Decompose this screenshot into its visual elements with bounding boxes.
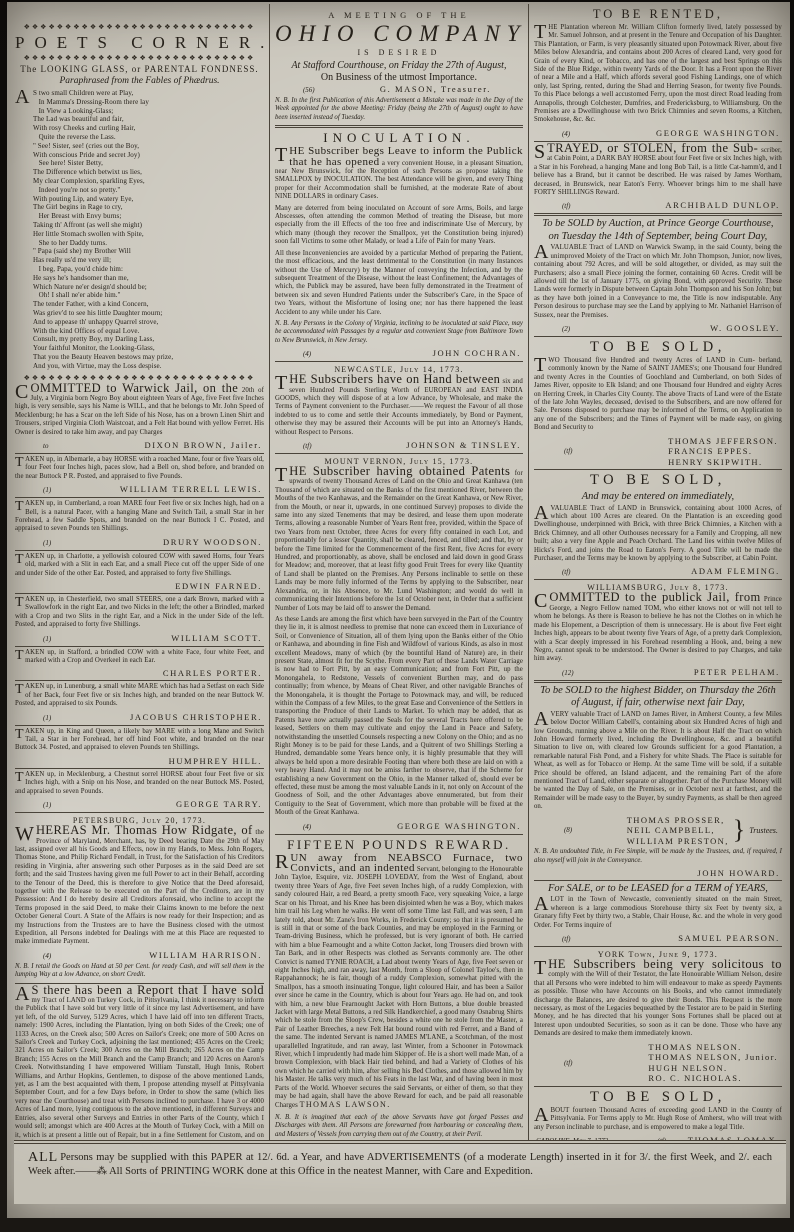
- insertion-tag: (tf): [536, 201, 571, 211]
- insertion-tag: (4): [17, 951, 51, 961]
- signature-row: (4)GEORGE WASHINGTON.: [536, 128, 780, 139]
- dropcap: T: [275, 375, 289, 391]
- ad-text: AKEN up, in Lunenburg, a small white MAR…: [15, 683, 264, 707]
- signature-name: THOMAS LAWSON.: [300, 1100, 391, 1109]
- signature-row: (tf)THOMAS JEFFERSON. FRANCIS EPPES. HEN…: [538, 436, 778, 468]
- ad-fifteen-pounds-reward: FIFTEEN POUNDS REWARD. RUN away from NEA…: [275, 837, 523, 1152]
- signature-row: CHARLES PORTER.: [17, 668, 262, 678]
- dropcap: T: [15, 728, 25, 740]
- signature-name: WILLIAM SCOTT.: [171, 633, 262, 643]
- insertion-tag: (4): [536, 129, 570, 139]
- ad-paragraph: As these Lands are among the first which…: [275, 616, 523, 818]
- dropcap: A: [534, 505, 551, 521]
- signature-row: (tf)THOMAS NELSON. THOMAS NELSON, Junior…: [538, 1042, 778, 1084]
- insertion-tag: (8): [538, 826, 572, 834]
- poem: AS two small Children were at Play, In M…: [15, 89, 264, 371]
- ad-lead: HEREAS Mr. Thomas How Ridgate, of: [36, 823, 253, 837]
- ad-body: AVERY valuable Tract of LAND on James Ri…: [534, 711, 782, 812]
- signature-name: WILLIAM HARRISON.: [149, 950, 262, 960]
- ad-heading: FIFTEEN POUNDS REWARD.: [275, 837, 523, 853]
- signature-name: JOHNSON & TINSLEY.: [406, 440, 521, 450]
- ad-lead: WO Thousand five Hundred and twenty Acre…: [548, 357, 755, 364]
- signature-row: (56)G. MASON, Treasurer.: [277, 84, 521, 95]
- imprint-footer: ALL Persons may be supplied with this PA…: [14, 1140, 786, 1204]
- signature-name: DRURY WOODSON.: [163, 537, 262, 547]
- dropcap: R: [275, 854, 290, 870]
- ad-body: THE Subscriber begs Leave to inform the …: [275, 147, 523, 201]
- dropcap: W: [15, 826, 36, 842]
- ad-body: TWO Thousand five Hundred and twenty Acr…: [534, 357, 782, 433]
- ad-heading: TO BE RENTED,: [534, 6, 782, 23]
- ad-text: AKEN up, in Albemarle, a bay HORSE with …: [15, 456, 264, 480]
- meeting-title: OHIO COMPANY: [275, 21, 523, 47]
- section-divider: [534, 579, 782, 580]
- ad-lead: VALUABLE Tract of LAND in Brunswick, con…: [550, 505, 733, 512]
- ad-body: AS there has been a Report that I have s…: [15, 986, 264, 1154]
- signature-name: JOHN COCHRAN.: [433, 348, 521, 358]
- ad-body: AVALUABLE Tract of LAND in Brunswick, co…: [534, 505, 782, 564]
- ad-body: THE Subscribers being very solicitous to…: [534, 960, 782, 1039]
- signature-name: WILLIAM TERRELL LEWIS.: [120, 484, 262, 494]
- ad-heading: INOCULATION.: [275, 130, 523, 146]
- signature-name: G. MASON, Treasurer.: [380, 84, 491, 94]
- insertion-tag: (tf): [277, 441, 312, 451]
- poem-subtitle: Paraphrased from the Fables of Phædrus.: [15, 75, 264, 87]
- poem-title: The LOOKING GLASS, or PARENTAL FONDNESS.: [15, 64, 264, 75]
- signature-name: JOHN HOWARD.: [697, 868, 779, 878]
- section-divider: [15, 550, 264, 551]
- section-divider: [534, 1086, 782, 1087]
- insertion-tag: (tf): [536, 567, 571, 577]
- ad-body: TAKEN up, in Stafford, a brindled COW wi…: [15, 649, 264, 666]
- ad-lead: HE Subscriber having obtained Patents: [289, 464, 510, 478]
- section-divider: [15, 680, 264, 681]
- ad-york-nelson-estate: YORK Town, June 9, 1773. THE Subscribers…: [534, 949, 782, 1084]
- ornament-row: ❖❖❖❖❖❖❖❖❖❖❖❖❖❖❖❖❖❖❖❖❖❖❖❖❖❖❖❖: [15, 53, 264, 64]
- ad-taken-up-king-and-queen: TAKEN up, in King and Queen, a likely ba…: [15, 728, 264, 766]
- signature-names: THOMAS JEFFERSON. FRANCIS EPPES. HENRY S…: [668, 436, 778, 468]
- signature-name: GEORGE WASHINGTON.: [397, 821, 521, 831]
- newspaper-page: ❖❖❖❖❖❖❖❖❖❖❖❖❖❖❖❖❖❖❖❖❖❖❖❖❖❖❖❖ POETS CORNE…: [7, 2, 790, 1218]
- insertion-tag: (tf): [536, 934, 571, 944]
- trustees-label: Trustees.: [749, 826, 778, 835]
- ad-heading: For SALE, or to be LEASED for a TERM of …: [540, 883, 776, 896]
- signature-row: (1)JACOBUS CHRISTOPHER.: [17, 712, 262, 723]
- ad-taken-up-mecklenburg: TAKEN up, in Mecklenburg, a Chestnut sor…: [15, 771, 264, 810]
- section-divider: [534, 336, 782, 337]
- insertion-tag: (1): [17, 800, 51, 810]
- dropcap: T: [275, 467, 289, 483]
- signature-name: CHARLES PORTER.: [163, 668, 262, 678]
- imprint-body: Persons may be supplied with this PAPER …: [28, 1152, 772, 1177]
- ad-text: the Province of Maryland, Merchant, has,…: [15, 829, 264, 945]
- ad-body: TAKEN up, in Cumberland, a roan MARE fou…: [15, 500, 264, 534]
- dropcap: C: [15, 384, 30, 400]
- insertion-tag: (4): [277, 349, 311, 359]
- poets-corner-title: POETS CORNER.: [15, 33, 264, 53]
- ad-text: berland, commonly known by the Name of S…: [534, 357, 782, 431]
- insertion-tag: (tf): [538, 447, 573, 455]
- dropcap: T: [534, 960, 548, 976]
- signature-row: (tf)SAMUEL PEARSON.: [536, 933, 780, 944]
- ad-taken-up-lunenburg: TAKEN up, in Lunenburg, a small white MA…: [15, 683, 264, 722]
- meeting-kicker: A MEETING OF THE: [275, 10, 523, 21]
- section-divider: [275, 361, 523, 362]
- signature-row: JOHN HOWARD.: [536, 868, 780, 878]
- ad-lead: HE Subscribers being very solicitous to: [548, 957, 782, 971]
- section-divider: [15, 768, 264, 769]
- ad-to-be-sold-brunswick: TO BE SOLD, And may be entered on immedi…: [534, 472, 782, 577]
- ad-body: TAKEN up, in Lunenburg, a small white MA…: [15, 683, 264, 708]
- ad-newcastle-goods: NEWCASTLE, July 14, 1773. THE Subscriber…: [275, 364, 523, 451]
- column-left: ❖❖❖❖❖❖❖❖❖❖❖❖❖❖❖❖❖❖❖❖❖❖❖❖❖❖❖❖ POETS CORNE…: [10, 4, 269, 1154]
- section-divider: [534, 469, 782, 470]
- ad-lead: HE Plantation whereon Mr. William Clifto…: [548, 24, 741, 31]
- ad-committed-publick-jail: WILLIAMSBURG, July 8, 1773. COMMITTED to…: [534, 582, 782, 677]
- signature-row: (tf)ADAM FLEMING.: [536, 566, 780, 577]
- insertion-tag: (2): [536, 324, 570, 334]
- ad-heading: TO BE SOLD,: [534, 472, 782, 489]
- ad-body: WHEREAS Mr. Thomas How Ridgate, of the P…: [15, 826, 264, 947]
- imprint-lead-word: ALL: [28, 1151, 60, 1164]
- signature-row: (4)GEORGE WASHINGTON.: [277, 821, 521, 832]
- ad-body: TAKEN up, in King and Queen, a likely ba…: [15, 728, 264, 753]
- poem-text: S two small Children were at Play, In Ma…: [33, 89, 264, 371]
- column-center: A MEETING OF THE OHIO COMPANY IS DESIRED…: [269, 4, 528, 1154]
- ornament-row: ❖❖❖❖❖❖❖❖❖❖❖❖❖❖❖❖❖❖❖❖❖❖❖❖❖❖❖❖: [15, 22, 264, 33]
- signature-row: (1)DRURY WOODSON.: [17, 537, 262, 548]
- signature-name: JACOBUS CHRISTOPHER.: [130, 712, 262, 722]
- ad-text: AKEN up, in Chesterfield, two small STEE…: [15, 596, 264, 628]
- signature-row: (12)PETER PELHAM.: [536, 667, 780, 678]
- ad-body: THE Subscriber having obtained Patents f…: [275, 467, 523, 613]
- ad-lead: HE Subscribers have on Hand between: [289, 372, 500, 386]
- section-divider: [534, 213, 782, 216]
- ad-strayed-or-stolen: STRAYED, or STOLEN, from the Sub- scribe…: [534, 144, 782, 211]
- ad-heading: TO BE SOLD,: [534, 339, 782, 356]
- dropcap: T: [15, 771, 25, 783]
- insertion-tag: (tf): [538, 1059, 573, 1067]
- ad-inoculation: INOCULATION. THE Subscriber begs Leave t…: [275, 130, 523, 359]
- ad-text: six and seven Hundred Pounds Sterling Wo…: [275, 378, 523, 435]
- ad-heading: To be SOLD by Auction, at Prince George …: [540, 218, 776, 243]
- section-divider: [15, 453, 264, 454]
- signature-row: (tf)ARCHIBALD DUNLOP.: [536, 200, 780, 211]
- ad-text: AKEN up, in Charlotte, a yellowish colou…: [15, 553, 264, 577]
- ad-body: TAKEN up, in Chesterfield, two small STE…: [15, 596, 264, 630]
- ad-land-report-jefferson: AS there has been a Report that I have s…: [15, 986, 264, 1154]
- ad-lead: BOUT fourteen Thousand Acres of exceedin…: [550, 1107, 748, 1114]
- ad-body: THE Plantation whereon Mr. William Clift…: [534, 24, 782, 125]
- insertion-tag: (1): [17, 713, 51, 723]
- signature-names: THOMAS NELSON. THOMAS NELSON, Junior. HU…: [648, 1042, 778, 1084]
- ad-paragraph: Many are deterred from being inoculated …: [275, 205, 523, 247]
- dropcap: T: [15, 500, 25, 512]
- dropcap: A: [534, 896, 551, 912]
- insertion-tag: (1): [17, 634, 51, 644]
- ad-ohio-company-meeting: A MEETING OF THE OHIO COMPANY IS DESIRED…: [275, 10, 523, 122]
- ad-body: COMMITTED to the publick Jail, from Prin…: [534, 593, 782, 663]
- ad-body: THE Subscribers have on Hand between six…: [275, 375, 523, 437]
- ad-committed-warwick-jail: COMMITTED to Warwick Jail, on the 20th o…: [15, 384, 264, 451]
- ad-mount-vernon-washington-lands: MOUNT VERNON, July 15, 1773. THE Subscri…: [275, 456, 523, 832]
- ad-to-be-sold-lomax: TO BE SOLD, ABOUT fourteen Thousand Acre…: [534, 1089, 782, 1146]
- signature-name: PETER PELHAM.: [694, 667, 780, 677]
- section-divider: [275, 834, 523, 835]
- dropcap: T: [15, 649, 25, 661]
- columns: ❖❖❖❖❖❖❖❖❖❖❖❖❖❖❖❖❖❖❖❖❖❖❖❖❖❖❖❖ POETS CORNE…: [7, 2, 790, 1154]
- signature-row: EDWIN FARNED.: [17, 581, 262, 591]
- ad-text: County, a few Miles below Doctor William…: [534, 711, 782, 810]
- ad-text: AKEN up, in Stafford, a brindled COW wit…: [25, 649, 264, 664]
- meeting-subtitle: IS DESIRED: [275, 47, 523, 58]
- nota-bene: N. B. In the first Publication of this A…: [275, 97, 523, 122]
- imprint-text: ALL Persons may be supplied with this PA…: [28, 1151, 772, 1178]
- signature-name: HUMPHREY HILL.: [169, 756, 262, 766]
- ad-taken-up-chesterfield: TAKEN up, in Chesterfield, two small STE…: [15, 596, 264, 644]
- ad-text: 1000 Acres, of which about 100 Acres are…: [534, 505, 782, 562]
- dropcap: T: [15, 553, 25, 565]
- poets-corner-section: ❖❖❖❖❖❖❖❖❖❖❖❖❖❖❖❖❖❖❖❖❖❖❖❖❖❖❖❖ POETS CORNE…: [15, 22, 264, 384]
- nota-bene: N. B. It is imagined that each of the ab…: [275, 1114, 523, 1139]
- dropcap: A: [15, 986, 32, 1002]
- signature-name: GEORGE WASHINGTON.: [656, 128, 780, 138]
- ad-text: for upwards of twenty Thousand Acres of …: [275, 470, 523, 612]
- section-divider: [534, 880, 782, 881]
- ad-text: AKEN up, in King and Queen, a likely bay…: [15, 728, 264, 752]
- insertion-tag: (1): [17, 538, 51, 548]
- signature-row: (1)GEORGE TARRY.: [17, 799, 262, 810]
- section-divider: [275, 125, 523, 128]
- dropcap: T: [275, 147, 289, 163]
- brace-glyph: }: [733, 817, 745, 843]
- nota-bene: N. B. Any Persons in the Colony of Virgi…: [275, 320, 523, 345]
- insertion-tag: to: [17, 441, 48, 451]
- ad-to-be-sold-wayles-estate: TO BE SOLD, TWO Thousand five Hundred an…: [534, 339, 782, 467]
- ad-petersburg-ridgate: PETERSBURG, July 20, 1773. WHEREAS Mr. T…: [15, 815, 264, 980]
- ad-taken-up-albemarle: TAKEN up, in Albemarle, a bay HORSE with…: [15, 456, 264, 495]
- ad-taken-up-charlotte: TAKEN up, in Charlotte, a yellowish colo…: [15, 553, 264, 591]
- ad-lead: VERY valuable Tract of LAND on James Riv…: [550, 711, 721, 718]
- ad-text: County, being the unimproved Moiety of t…: [534, 244, 782, 318]
- signature-row: (4)JOHN COCHRAN.: [277, 348, 521, 359]
- ad-paragraph: All these Inconveniencies are avoided by…: [275, 250, 523, 317]
- dropcap: A: [534, 711, 551, 727]
- insertion-tag: (56): [277, 85, 315, 95]
- section-divider: [15, 646, 264, 647]
- nota-bene: N. B. I retail the Goods on Hand at 50 p…: [15, 963, 264, 980]
- ad-text: Servant, belonging to the Honourable Joh…: [275, 866, 523, 1109]
- signature-row: (4)WILLIAM HARRISON.: [17, 950, 262, 961]
- section-divider: [15, 725, 264, 726]
- newspaper-photo: ❖❖❖❖❖❖❖❖❖❖❖❖❖❖❖❖❖❖❖❖❖❖❖❖❖❖❖❖ POETS CORNE…: [0, 0, 794, 1232]
- poem-dropcap: A: [15, 89, 32, 105]
- ad-body: TAKEN up, in Mecklenburg, a Chestnut sor…: [15, 771, 264, 796]
- ad-body: RUN away from NEABSCO Furnace, two Convi…: [275, 854, 523, 1111]
- meeting-place-line: At Stafford Courthouse, on Friday the 27…: [275, 60, 523, 72]
- ad-body: STRAYED, or STOLEN, from the Sub- scribe…: [534, 144, 782, 197]
- dropcap: A: [534, 244, 551, 260]
- ad-text: Prince George, a Negro Fellow named TOM,…: [534, 596, 782, 662]
- dropcap: T: [15, 683, 25, 695]
- dropcap: T: [15, 596, 25, 608]
- signature-name: DIXON BROWN, Jailer.: [145, 440, 262, 450]
- signature-name: ADAM FLEMING.: [691, 566, 780, 576]
- dropcap: C: [534, 593, 549, 609]
- ad-text: AKEN up, in Mecklenburg, a Chestnut sorr…: [15, 771, 264, 795]
- section-divider: [275, 453, 523, 454]
- signature-row: (1)WILLIAM SCOTT.: [17, 633, 262, 644]
- dropcap: S: [534, 144, 547, 160]
- ad-text: my Tract of LAND on Turkey Cock, in Pitt…: [15, 997, 264, 1154]
- signature-row: HUMPHREY HILL.: [17, 756, 262, 766]
- ad-body: TAKEN up, in Charlotte, a yellowish colo…: [15, 553, 264, 578]
- ad-lead: LOT in the Town of Newcastle, convenient…: [550, 896, 759, 903]
- section-divider: [15, 497, 264, 498]
- section-divider: [534, 946, 782, 947]
- ad-text: AKEN up, in Cumberland, a roan MARE four…: [15, 500, 264, 532]
- ad-lead: S there has been a Report that I have so…: [32, 983, 264, 997]
- ad-text: possessed by Mr. Samuel Johnson, and at …: [534, 24, 782, 123]
- section-divider: [15, 812, 264, 813]
- trustee-names: THOMAS PROSSER, NEIL CAMPBELL, WILLIAM P…: [627, 815, 729, 847]
- ad-body: TAKEN up, in Albemarle, a bay HORSE with…: [15, 456, 264, 481]
- section-divider: [15, 593, 264, 594]
- ad-lot-for-sale-or-lease: For SALE, or to be LEASED for a TERM of …: [534, 883, 782, 944]
- section-divider: [534, 680, 782, 683]
- nota-bene: N. B. An undoubted Title, in Fee Simple,…: [534, 848, 782, 865]
- signature-row: (tf)JOHNSON & TINSLEY.: [277, 440, 521, 451]
- signature-name: GEORGE TARRY.: [176, 799, 262, 809]
- insertion-tag: (12): [536, 668, 574, 678]
- insertion-tag: (1): [17, 485, 51, 495]
- ad-heading: TO BE SOLD,: [534, 1089, 782, 1106]
- signature-row: (2)W. GOOSLEY.: [536, 323, 780, 334]
- ad-body: ABOUT fourteen Thousand Acres of exceedi…: [534, 1107, 782, 1132]
- meeting-business-line: On Business of the utmost Importance.: [275, 72, 523, 84]
- ad-highest-bidder-amherst: To be SOLD to the highest Bidder, on Thu…: [534, 685, 782, 878]
- signature-name: ARCHIBALD DUNLOP.: [665, 200, 780, 210]
- ad-heading: To be SOLD to the highest Bidder, on Thu…: [540, 685, 776, 710]
- ad-taken-up-cumberland: TAKEN up, in Cumberland, a roan MARE fou…: [15, 500, 264, 548]
- ad-body: COMMITTED to Warwick Jail, on the 20th o…: [15, 384, 264, 437]
- ad-to-be-rented-washington: TO BE RENTED, THE Plantation whereon Mr.…: [534, 6, 782, 139]
- insertion-tag: (4): [277, 822, 311, 832]
- ad-lead: OMMITTED to Warwick Jail, on the: [30, 381, 238, 395]
- ad-subheading: And may be entered on immediately,: [540, 491, 776, 504]
- ad-lead: OMMITTED to the publick Jail, from: [549, 590, 760, 604]
- signature-row: (1)WILLIAM TERRELL LEWIS.: [17, 484, 262, 495]
- dropcap: T: [534, 24, 548, 40]
- signature-name: SAMUEL PEARSON.: [678, 933, 780, 943]
- signature-row: toDIXON BROWN, Jailer.: [17, 440, 262, 451]
- ad-body: AVALUABLE Tract of LAND on Warwick Swamp…: [534, 244, 782, 320]
- ad-auction-prince-george: To be SOLD by Auction, at Prince George …: [534, 218, 782, 334]
- ad-lead: TRAYED, or STOLEN, from the Sub-: [547, 141, 758, 155]
- dropcap: A: [534, 1107, 551, 1123]
- ad-taken-up-stafford: TAKEN up, in Stafford, a brindled COW wi…: [15, 649, 264, 679]
- dropcap: T: [534, 357, 548, 373]
- signature-name: W. GOOSLEY.: [710, 323, 780, 333]
- trustees-signature-row: (8) THOMAS PROSSER, NEIL CAMPBELL, WILLI…: [538, 815, 778, 847]
- ad-lead: VALUABLE Tract of LAND on Warwick Swamp,…: [550, 244, 728, 251]
- ad-body: ALOT in the Town of Newcastle, convenien…: [534, 896, 782, 930]
- signature-name: EDWIN FARNED.: [175, 581, 262, 591]
- column-right: TO BE RENTED, THE Plantation whereon Mr.…: [528, 4, 787, 1154]
- ad-text: comply with the Will of their Testator, …: [534, 971, 782, 1037]
- dropcap: T: [15, 456, 25, 468]
